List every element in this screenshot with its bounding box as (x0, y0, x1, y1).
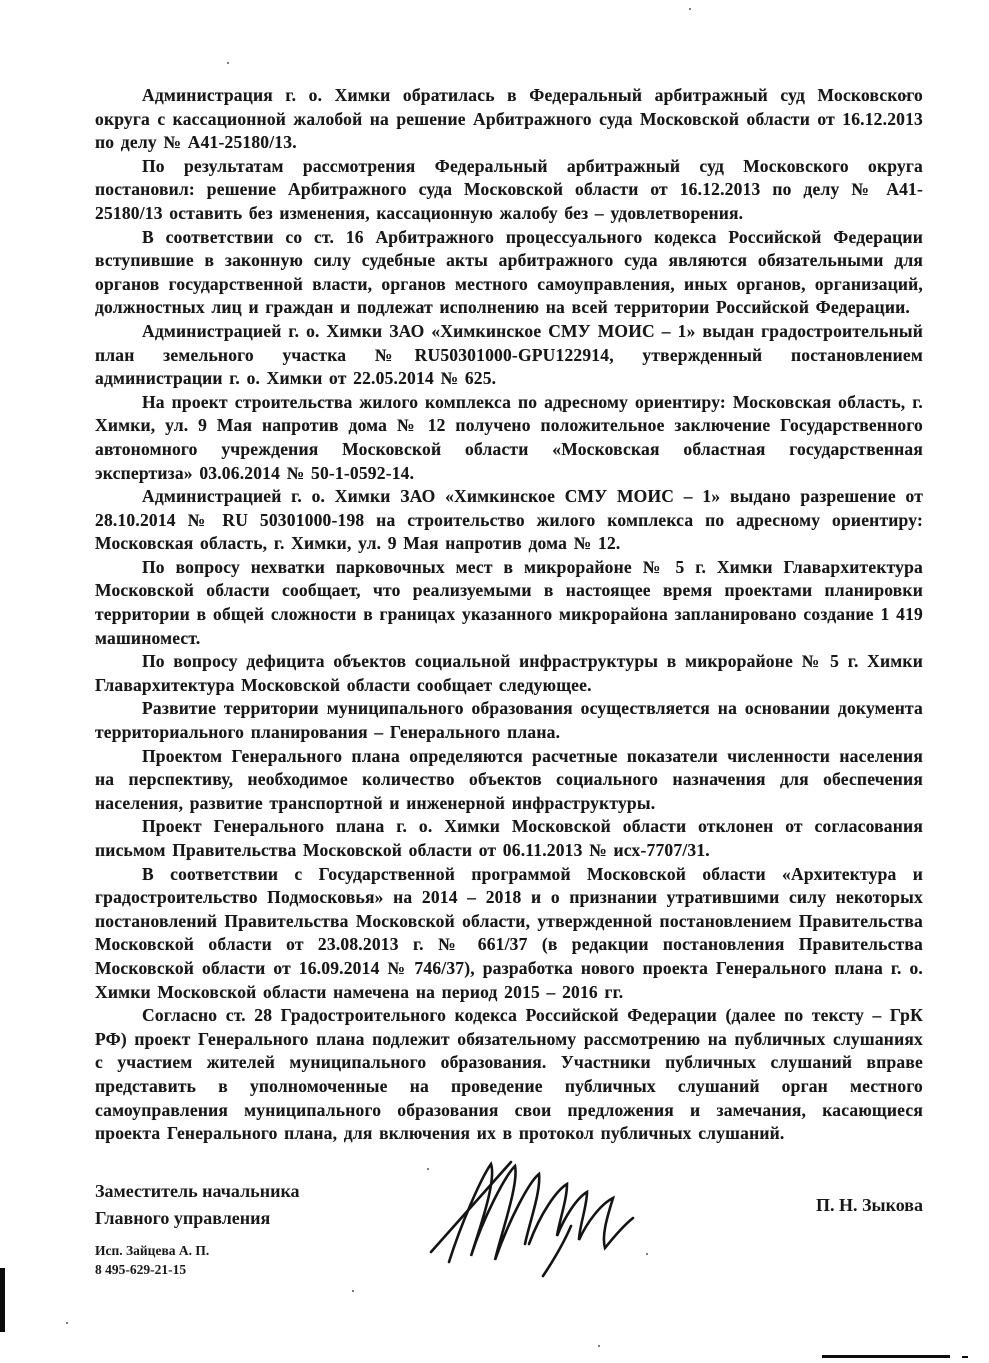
handwritten-signature-icon (425, 1152, 645, 1282)
scan-noise-dot (227, 62, 229, 64)
scan-artifact-left-edge (0, 1268, 5, 1332)
scan-noise-dot (352, 1290, 354, 1292)
scan-artifact-bottom-tick (962, 1356, 968, 1358)
paragraph: В соответствии с Государственной програм… (95, 863, 923, 1005)
scan-noise-dot (427, 1168, 429, 1170)
signature-block: Заместитель начальника Главного управлен… (95, 1178, 923, 1298)
scan-artifact-bottom-line (822, 1355, 950, 1358)
paragraph: Администрацией г. о. Химки ЗАО «Химкинск… (95, 320, 923, 391)
paragraph: Проектом Генерального плана определяются… (95, 745, 923, 816)
paragraph: В соответствии со ст. 16 Арбитражного пр… (95, 226, 923, 320)
executor-phone: 8 495-629-21-15 (95, 1260, 209, 1279)
executor-name: Исп. Зайцева А. П. (95, 1241, 209, 1260)
document-body: Администрация г. о. Химки обратилась в Ф… (95, 84, 923, 1146)
scan-noise-dot (689, 8, 691, 10)
scan-noise-dot (905, 95, 907, 97)
executor-block: Исп. Зайцева А. П. 8 495-629-21-15 (95, 1241, 209, 1279)
paragraph: По вопросу нехватки парковочных мест в м… (95, 556, 923, 650)
paragraph: Согласно ст. 28 Градостроительного кодек… (95, 1004, 923, 1146)
paragraph: Администрацией г. о. Химки ЗАО «Химкинск… (95, 485, 923, 556)
paragraph: По результатам рассмотрения Федеральный … (95, 155, 923, 226)
signer-name: П. Н. Зыкова (816, 1192, 923, 1219)
scan-noise-dot (66, 1322, 68, 1324)
paragraph: Развитие территории муниципального образ… (95, 697, 923, 744)
paragraph: Администрация г. о. Химки обратилась в Ф… (95, 84, 923, 155)
paragraph: Проект Генерального плана г. о. Химки Мо… (95, 815, 923, 862)
signer-position-title: Заместитель начальника Главного управлен… (95, 1178, 300, 1232)
scanned-letter-page: Администрация г. о. Химки обратилась в Ф… (0, 0, 989, 1363)
scan-noise-dot (646, 1253, 648, 1255)
paragraph: На проект строительства жилого комплекса… (95, 391, 923, 485)
scan-noise-dot (598, 1345, 600, 1347)
paragraph: По вопросу дефицита объектов социальной … (95, 650, 923, 697)
